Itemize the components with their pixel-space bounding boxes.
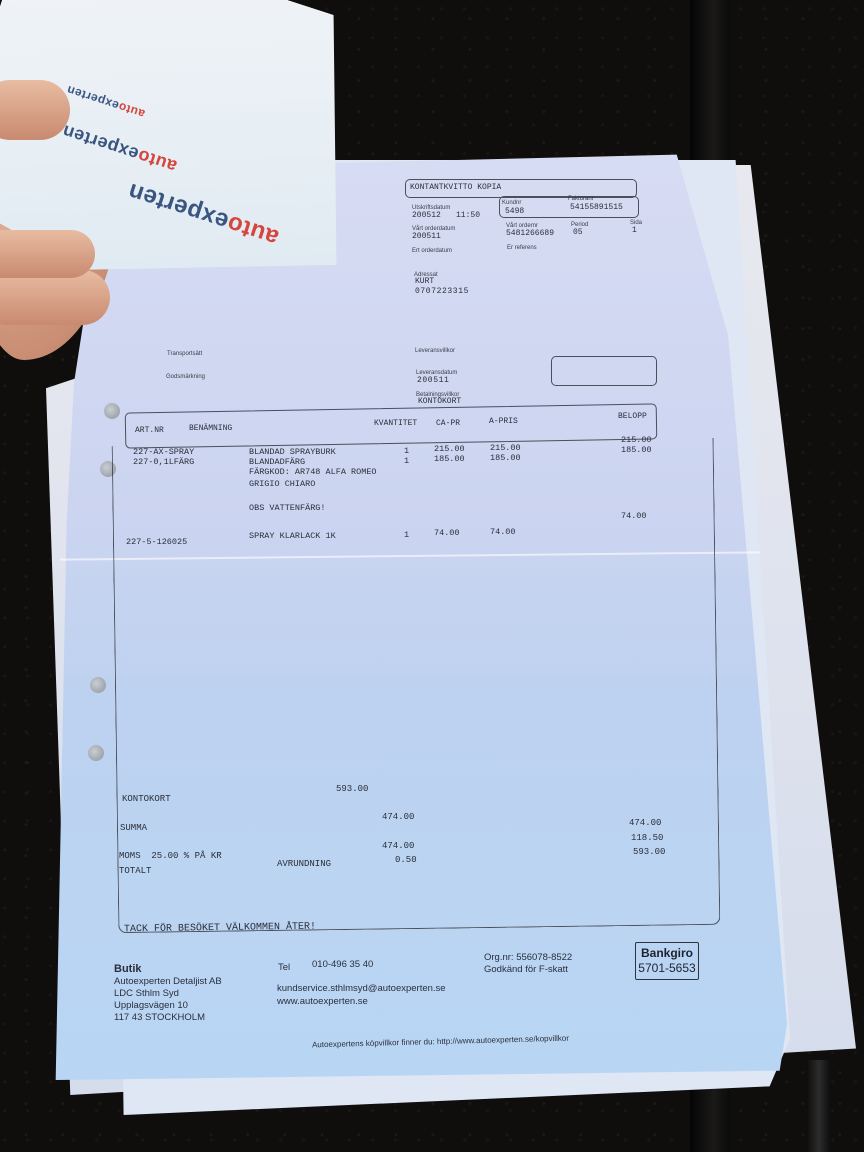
empty-field-box <box>551 356 657 386</box>
tel-number: 010-496 35 40 <box>312 959 373 971</box>
col-belopp: BELOPP <box>618 412 647 421</box>
kundnr-label: Kundnr <box>502 200 521 206</box>
punch-hole <box>104 403 120 419</box>
cell-a-pris: 74.00 <box>490 527 516 537</box>
kontokort-label: KONTOKORT <box>122 794 171 804</box>
betalningsvillkor: KONTOKORT <box>418 397 461 406</box>
finger <box>0 270 110 325</box>
bankgiro-box: Bankgiro 5701-5653 <box>635 942 699 980</box>
cell-belopp: 74.00 <box>621 511 647 521</box>
ert-orderdatum-label: Ert orderdatum <box>412 248 452 254</box>
f-skatt: Godkänd för F-skatt <box>484 964 568 976</box>
doc-title: KONTANTKVITTO KOPIA <box>410 183 501 192</box>
cell-art-nr: 227-5-126025 <box>126 537 187 547</box>
moms-base: 474.00 <box>382 841 414 851</box>
er-referens-label: Er referens <box>507 245 537 251</box>
avrundning-amount: 0.50 <box>395 855 417 865</box>
cell-benamning: BLANDAD SPRAYBURK <box>249 447 336 457</box>
bankgiro-number: 5701-5653 <box>638 961 695 975</box>
col-kvantitet: KVANTITET <box>374 419 417 428</box>
fakturanr: 54155891515 <box>570 203 623 212</box>
cell-benamning: BLANDADFÄRG <box>249 457 305 467</box>
transportsatt-label: Transportsätt <box>167 351 202 357</box>
summa-right: 474.00 <box>629 818 661 828</box>
thumb <box>0 80 70 140</box>
cell-benamning: OBS VATTENFÄRG! <box>249 503 326 513</box>
seat-rod <box>808 1060 830 1152</box>
adressat-phone: 0707223315 <box>415 287 469 296</box>
col-benamning: BENÄMNING <box>189 424 232 433</box>
cell-ca-pr: 74.00 <box>434 528 460 538</box>
print-time: 11:50 <box>456 211 480 220</box>
punch-hole <box>90 677 106 693</box>
utskriftsdatum: 200512 <box>412 211 441 220</box>
leveransdatum: 200511 <box>417 376 449 385</box>
butik-address-line: Upplagsvägen 10 <box>114 1000 222 1012</box>
cell-a-pris: 185.00 <box>490 453 521 463</box>
cell-a-pris: 215.00 <box>490 443 521 453</box>
kundnr: 5498 <box>505 207 524 216</box>
punch-hole <box>88 745 104 761</box>
butik-label: Butik <box>114 963 142 975</box>
summa-label: SUMMA <box>120 823 147 833</box>
butik-address-line: LDC Sthlm Syd <box>114 988 222 1000</box>
col-ca-pr: CA-PR <box>436 419 460 428</box>
web-link[interactable]: www.autoexperten.se <box>277 996 368 1008</box>
tel-label: Tel <box>278 962 290 974</box>
butik-address-line: Autoexperten Detaljist AB <box>114 976 222 988</box>
col-a-pris: A-PRIS <box>489 417 518 426</box>
moms-amount: 118.50 <box>631 833 663 843</box>
moms-label: MOMS 25.00 % PÅ KR <box>119 851 222 861</box>
totalt-label: TOTALT <box>119 866 151 876</box>
leveransvillkor-label: Leveransvillkor <box>415 348 455 354</box>
adressat-name: KURT <box>415 277 434 286</box>
avrundning-label: AVRUNDNING <box>277 859 331 869</box>
vart-ordernr: 5481266689 <box>506 229 554 238</box>
cell-benamning: GRIGIO CHIARO <box>249 479 315 489</box>
bankgiro-label: Bankgiro <box>636 946 698 961</box>
vart-orderdatum: 200511 <box>412 232 441 241</box>
org-nr: Org.nr: 556078-8522 <box>484 952 572 964</box>
butik-address: Autoexperten Detaljist ABLDC Sthlm SydUp… <box>114 976 222 1024</box>
cell-art-nr: 227-AX-SPRAY <box>133 447 194 457</box>
cell-kvantitet: 1 <box>404 446 409 456</box>
totalt-amount: 593.00 <box>633 847 665 857</box>
cell-benamning: FÄRGKOD: AR748 ALFA ROMEO <box>249 467 377 477</box>
summa-mid: 474.00 <box>382 812 414 822</box>
cell-belopp: 185.00 <box>621 445 652 455</box>
fakturanr-label: Fakturanr <box>568 196 594 202</box>
cell-ca-pr: 185.00 <box>434 454 465 464</box>
cell-kvantitet: 1 <box>404 456 409 466</box>
cell-ca-pr: 215.00 <box>434 444 465 454</box>
godsmarkning-label: Godsmärkning <box>166 374 205 380</box>
col-art-nr: ART.NR <box>135 426 164 435</box>
cell-kvantitet: 1 <box>404 530 409 540</box>
period: 05 <box>573 228 583 237</box>
finger <box>0 230 95 278</box>
email-link[interactable]: kundservice.sthlmsyd@autoexperten.se <box>277 983 446 995</box>
cell-belopp: 215.00 <box>621 435 652 445</box>
sida: 1 <box>632 226 637 235</box>
kontokort-amount: 593.00 <box>336 784 368 794</box>
cell-art-nr: 227-0,1LFÄRG <box>133 457 194 467</box>
butik-address-line: 117 43 STOCKHOLM <box>114 1012 222 1024</box>
cell-benamning: SPRAY KLARLACK 1K <box>249 531 336 541</box>
